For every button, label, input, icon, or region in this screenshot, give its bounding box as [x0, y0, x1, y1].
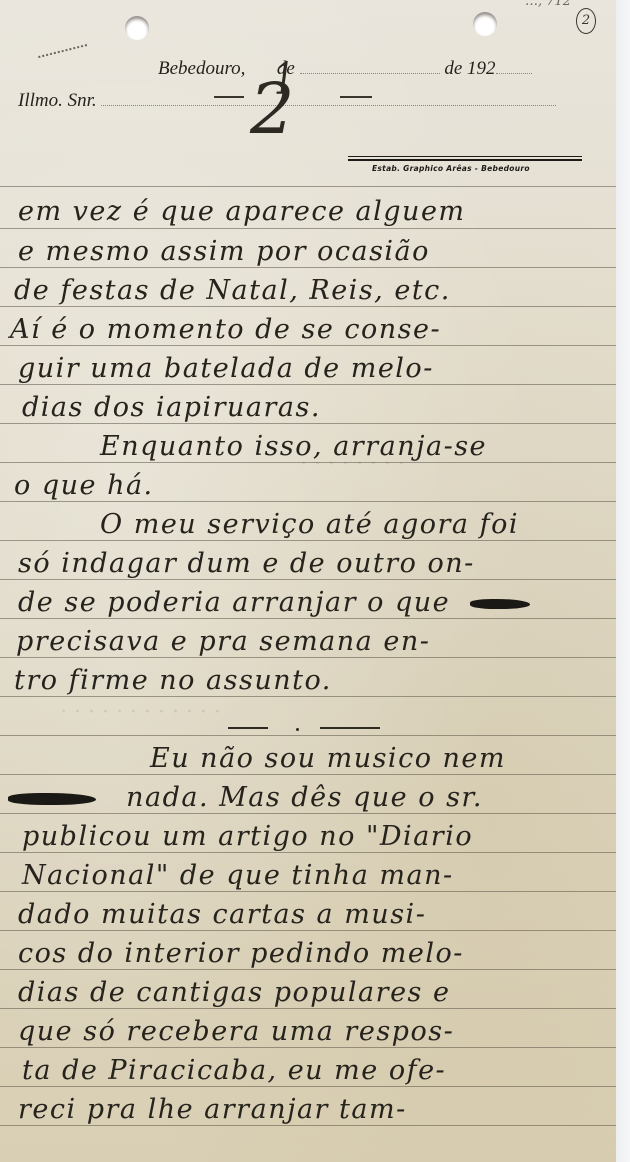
- section-separator: [228, 727, 388, 733]
- ruled-line: [0, 696, 616, 697]
- ruled-line: [0, 384, 616, 385]
- ruled-line: [0, 1008, 616, 1009]
- addressee-blank: [101, 91, 556, 106]
- body-line: precisava e pra semana en-: [16, 626, 430, 657]
- ruled-line: [0, 1125, 616, 1126]
- letterhead-addressee-line: Illmo. Snr.: [18, 90, 588, 112]
- handwritten-page-marker: 2: [250, 68, 295, 150]
- body-line-text: de se poderia arranjar o que: [18, 587, 450, 618]
- ruled-line: [0, 501, 616, 502]
- ink-blot-redaction: [470, 599, 530, 609]
- ruled-line: [0, 657, 616, 658]
- body-line: o que há.: [14, 470, 154, 501]
- body-line: dias dos iapiruaras.: [22, 392, 321, 423]
- body-line: Enquanto isso, arranja-se: [100, 431, 487, 462]
- circled-page-number: 2: [576, 8, 596, 34]
- ruled-line: [0, 969, 616, 970]
- body-line: em vez é que aparece alguem: [18, 196, 466, 227]
- printer-credit: Estab. Graphico Arêas - Bebedouro: [372, 164, 530, 173]
- ruled-line: [0, 423, 616, 424]
- body-line: Nacional" de que tinha man-: [22, 860, 454, 891]
- ruled-line: [0, 228, 616, 229]
- letterhead-place-date-line: Bebedouro, de de 192: [158, 58, 588, 80]
- ruled-line: [0, 891, 616, 892]
- body-line: cos do interior pedindo melo-: [18, 938, 464, 969]
- archive-reference: …, 712: [525, 0, 571, 9]
- ruled-line: [0, 618, 616, 619]
- ruled-line: [0, 774, 616, 775]
- background-edge: [616, 0, 630, 1162]
- body-line: ta de Piracicaba, eu me ofe-: [22, 1055, 446, 1086]
- body-line: que só recebera uma respos-: [18, 1016, 454, 1047]
- body-line: Aí é o momento de se conse-: [10, 314, 441, 345]
- body-line-text: nada. Mas dês que o sr.: [126, 782, 483, 813]
- year-blank: [496, 59, 532, 74]
- ruled-line: [0, 540, 616, 541]
- ruled-line: [0, 930, 616, 931]
- letter-sheet: …, 712 2 Bebedouro, de de 192 Illmo. Snr…: [0, 0, 616, 1162]
- year-prefix: 192: [467, 58, 496, 79]
- ruled-line: [0, 306, 616, 307]
- body-line: O meu serviço até agora foi: [100, 509, 519, 540]
- ruled-line: [0, 186, 616, 187]
- body-line: Eu não sou musico nem: [150, 743, 506, 774]
- body-line: dado muitas cartas a musi-: [18, 899, 426, 930]
- printer-rule: [348, 156, 582, 161]
- ruled-line: [0, 852, 616, 853]
- ruled-line: [0, 267, 616, 268]
- body-line: guir uma batelada de melo-: [18, 353, 434, 384]
- body-line-with-redaction: nada. Mas dês que o sr.: [8, 782, 483, 813]
- ruled-line: [0, 813, 616, 814]
- punch-hole-left: [125, 16, 149, 40]
- month-blank: [300, 59, 440, 74]
- ruled-line: [0, 1047, 616, 1048]
- body-line-with-redaction: de se poderia arranjar o que: [18, 587, 530, 618]
- body-line: dias de cantigas populares e: [18, 977, 450, 1008]
- ruled-line: [0, 345, 616, 346]
- body-line: e mesmo assim por ocasião: [18, 236, 430, 267]
- punch-hole-right: [473, 12, 497, 36]
- ruled-line: [0, 579, 616, 580]
- stray-pencil-mark: [38, 44, 88, 61]
- page-marker-dash-right: [340, 96, 372, 98]
- body-line: publicou um artigo no "Diario: [22, 821, 473, 852]
- month-connector: de: [444, 58, 462, 79]
- body-line: tro firme no assunto.: [14, 665, 332, 696]
- body-line: só indagar dum e de outro on-: [18, 548, 475, 579]
- ruled-line: [0, 735, 616, 736]
- ruled-line: [0, 1086, 616, 1087]
- body-line: de festas de Natal, Reis, etc.: [14, 275, 451, 306]
- salutation-label: Illmo. Snr.: [18, 90, 97, 111]
- bleed-through-text: · · · · · · · · · · · ·: [60, 700, 221, 725]
- body-line: reci pra lhe arranjar tam-: [18, 1094, 407, 1125]
- page-marker-dash-left: [214, 96, 244, 98]
- ink-blot-redaction: [8, 793, 96, 805]
- place-label: Bebedouro,: [158, 58, 245, 79]
